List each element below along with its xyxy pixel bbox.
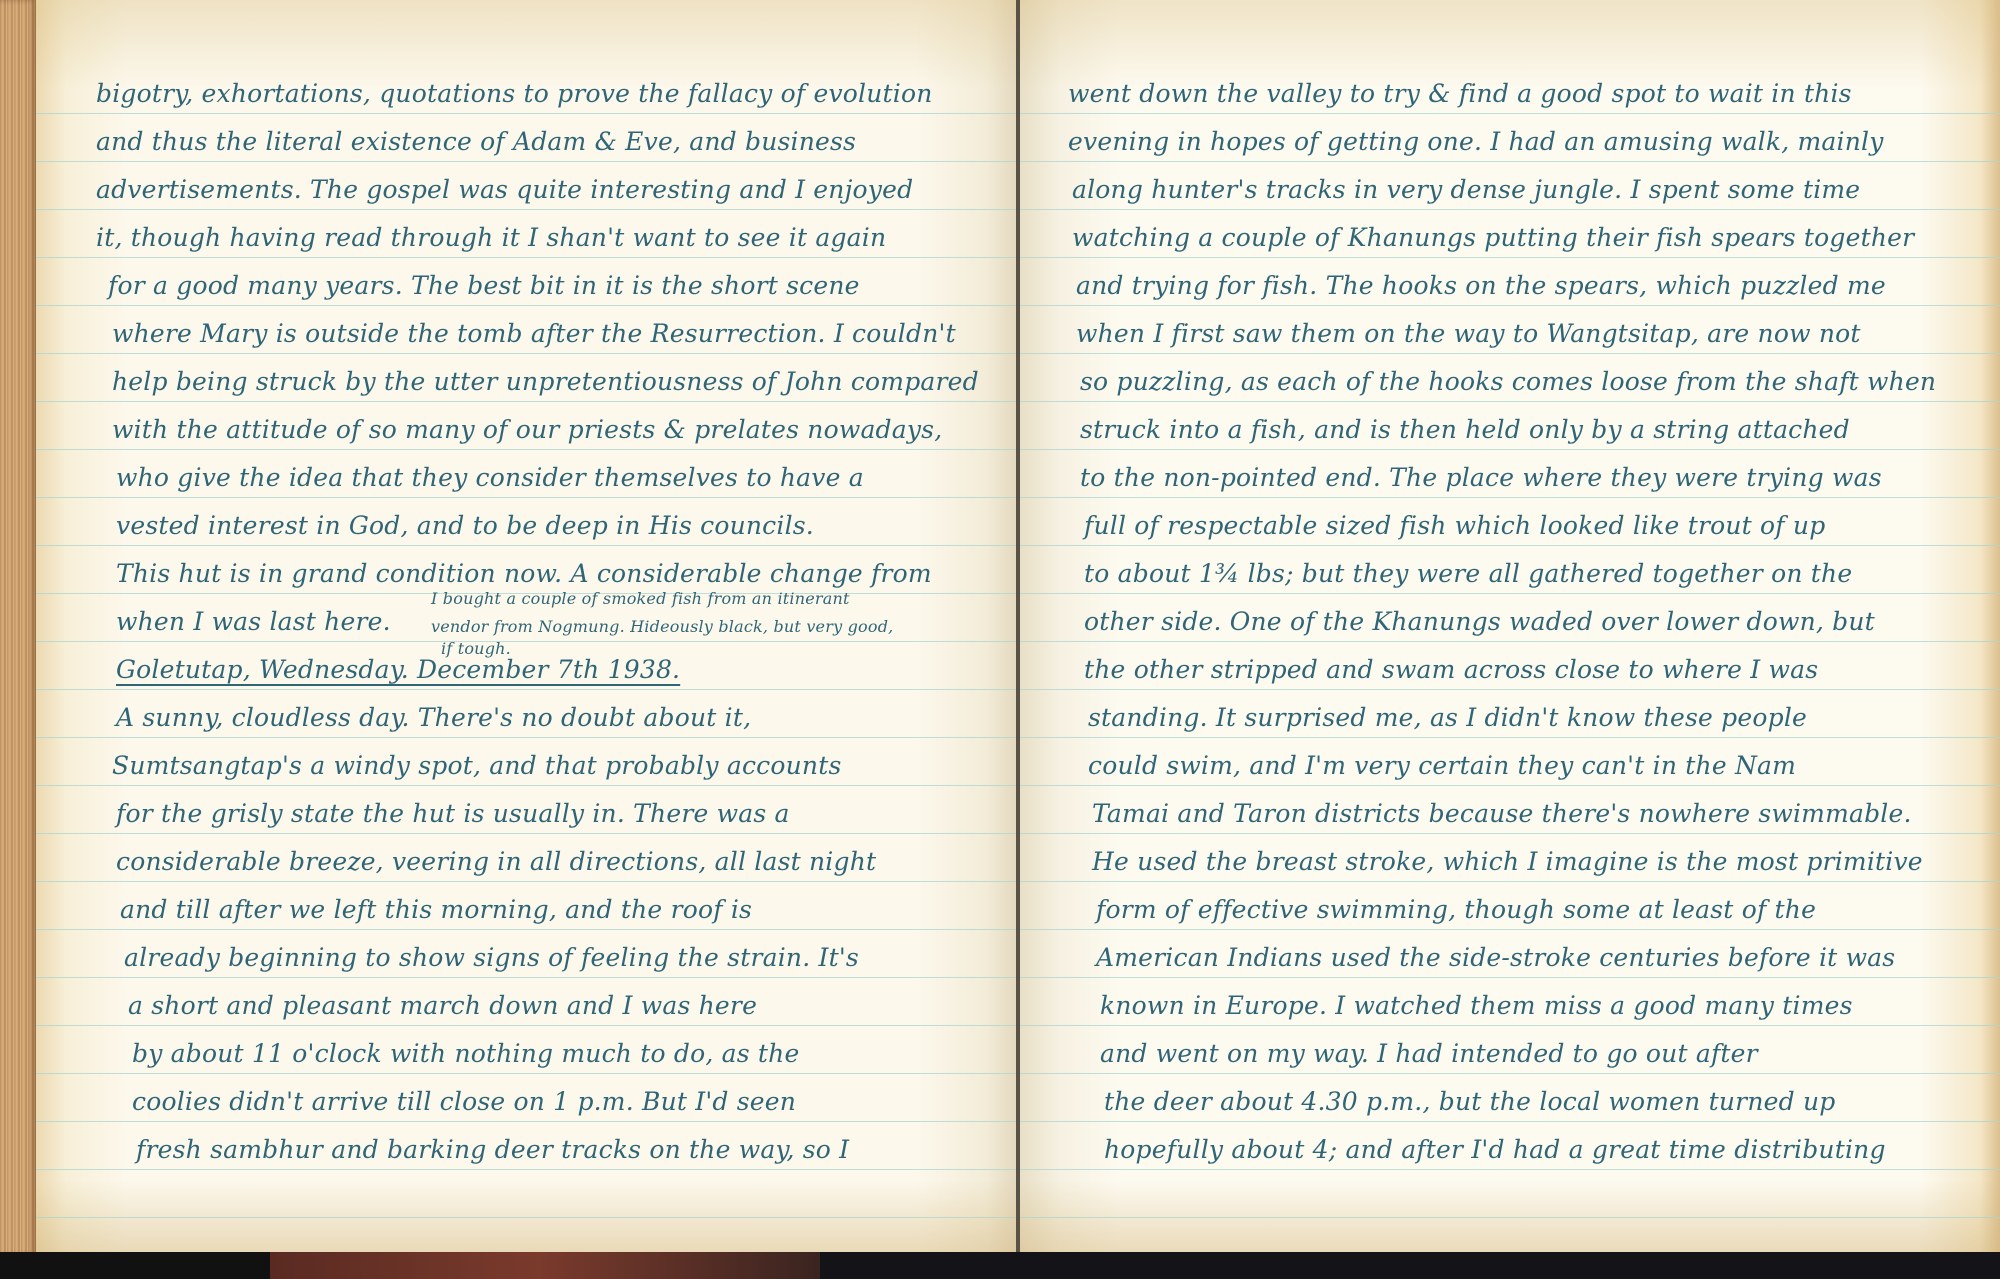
handwritten-line: known in Europe. I watched them miss a g… (1100, 991, 1853, 1020)
ruled-line (36, 1025, 1018, 1026)
left-page: bigotry, exhortations, quotations to pro… (36, 0, 1018, 1252)
right-page: went down the valley to try & find a goo… (1020, 0, 2000, 1252)
ruled-line (36, 545, 1018, 546)
ruled-line (1020, 785, 2000, 786)
ruled-line (36, 833, 1018, 834)
handwritten-line: help being struck by the utter unpretent… (112, 367, 979, 396)
ruled-line (36, 1073, 1018, 1074)
ruled-line (36, 929, 1018, 930)
ruled-line (36, 353, 1018, 354)
ruled-line (36, 449, 1018, 450)
handwritten-line: where Mary is outside the tomb after the… (112, 319, 956, 348)
handwritten-line: American Indians used the side-stroke ce… (1096, 943, 1895, 972)
ruled-line (36, 1217, 1018, 1218)
ruled-line (1020, 305, 2000, 306)
ruled-line (1020, 497, 2000, 498)
ruled-line (36, 113, 1018, 114)
handwritten-line: already beginning to show signs of feeli… (124, 943, 859, 972)
handwritten-line: to about 1¾ lbs; but they were all gathe… (1084, 559, 1852, 588)
ruled-line (1020, 929, 2000, 930)
notebook-spread: bigotry, exhortations, quotations to pro… (0, 0, 2000, 1250)
handwritten-line: struck into a fish, and is then held onl… (1080, 415, 1850, 444)
ruled-line (1020, 881, 2000, 882)
ruled-line (36, 785, 1018, 786)
handwritten-line: vested interest in God, and to be deep i… (116, 511, 814, 540)
handwritten-line: who give the idea that they consider the… (116, 463, 864, 492)
handwritten-line: went down the valley to try & find a goo… (1068, 79, 1852, 108)
handwritten-line: form of effective swimming, though some … (1096, 895, 1816, 924)
ruled-line (36, 401, 1018, 402)
ruled-line (36, 977, 1018, 978)
handwritten-line: other side. One of the Khanungs waded ov… (1084, 607, 1875, 636)
ruled-line (1020, 257, 2000, 258)
marginal-insertion: vendor from Nogmung. Hideously black, bu… (431, 617, 893, 636)
ruled-line (36, 1121, 1018, 1122)
ruled-line (36, 641, 1018, 642)
handwritten-line: it, though having read through it I shan… (96, 223, 886, 252)
marginal-insertion: I bought a couple of smoked fish from an… (431, 589, 850, 608)
ruled-line (36, 497, 1018, 498)
handwritten-line: He used the breast stroke, which I imagi… (1092, 847, 1923, 876)
handwritten-line: for the grisly state the hut is usually … (116, 799, 790, 828)
ruled-line (1020, 977, 2000, 978)
ruled-line (36, 305, 1018, 306)
ruled-line (36, 881, 1018, 882)
ruled-line (1020, 593, 2000, 594)
ruled-line (1020, 401, 2000, 402)
handwritten-line: with the attitude of so many of our prie… (112, 415, 942, 444)
ruled-line (1020, 737, 2000, 738)
handwritten-line: when I first saw them on the way to Wang… (1076, 319, 1861, 348)
ruled-line (1020, 353, 2000, 354)
table-surface (0, 1252, 2000, 1279)
handwritten-line: and trying for fish. The hooks on the sp… (1076, 271, 1886, 300)
handwritten-line: evening in hopes of getting one. I had a… (1068, 127, 1884, 156)
marginal-insertion: if tough. (441, 639, 511, 658)
handwritten-line: and went on my way. I had intended to go… (1100, 1039, 1758, 1068)
ruled-line (1020, 1169, 2000, 1170)
ruled-line (36, 1169, 1018, 1170)
ruled-line (1020, 113, 2000, 114)
handwritten-line: advertisements. The gospel was quite int… (96, 175, 913, 204)
ruled-line (1020, 1025, 2000, 1026)
ruled-line (36, 257, 1018, 258)
ruled-line (1020, 545, 2000, 546)
handwritten-line: the other stripped and swam across close… (1084, 655, 1818, 684)
handwritten-line: Tamai and Taron districts because there'… (1092, 799, 1912, 828)
ruled-line (1020, 161, 2000, 162)
handwritten-line: to the non-pointed end. The place where … (1080, 463, 1882, 492)
handwritten-line: and thus the literal existence of Adam &… (96, 127, 856, 156)
handwritten-line: coolies didn't arrive till close on 1 p.… (132, 1087, 796, 1116)
handwritten-line: This hut is in grand condition now. A co… (116, 559, 932, 588)
diary-entry-heading: Goletutap, Wednesday. December 7th 1938. (116, 655, 680, 684)
handwritten-line: for a good many years. The best bit in i… (108, 271, 860, 300)
handwritten-line: standing. It surprised me, as I didn't k… (1088, 703, 1807, 732)
handwritten-line: so puzzling, as each of the hooks comes … (1080, 367, 1936, 396)
handwritten-line: Sumtsangtap's a windy spot, and that pro… (112, 751, 842, 780)
ruled-line (1020, 1217, 2000, 1218)
handwritten-line: could swim, and I'm very certain they ca… (1088, 751, 1796, 780)
handwritten-line: bigotry, exhortations, quotations to pro… (96, 79, 933, 108)
handwritten-line: and till after we left this morning, and… (120, 895, 752, 924)
ruled-line (1020, 1073, 2000, 1074)
handwritten-line: hopefully about 4; and after I'd had a g… (1104, 1135, 1886, 1164)
page-edges (0, 0, 36, 1255)
ruled-line (1020, 449, 2000, 450)
handwritten-line: considerable breeze, veering in all dire… (116, 847, 876, 876)
ruled-line (1020, 689, 2000, 690)
ruled-line (36, 209, 1018, 210)
ruled-line (1020, 209, 2000, 210)
handwritten-line: by about 11 o'clock with nothing much to… (132, 1039, 799, 1068)
ruled-line (36, 161, 1018, 162)
handwritten-line: a short and pleasant march down and I wa… (128, 991, 757, 1020)
ruled-line (36, 689, 1018, 690)
handwritten-line: the deer about 4.30 p.m., but the local … (1104, 1087, 1835, 1116)
ruled-line (1020, 641, 2000, 642)
ruled-line (1020, 1121, 2000, 1122)
handwritten-line: fresh sambhur and barking deer tracks on… (136, 1135, 849, 1164)
handwritten-line: A sunny, cloudless day. There's no doubt… (116, 703, 751, 732)
ruled-line (1020, 833, 2000, 834)
handwritten-line: along hunter's tracks in very dense jung… (1072, 175, 1860, 204)
handwritten-line: watching a couple of Khanungs putting th… (1072, 223, 1914, 252)
handwritten-line: full of respectable sized fish which loo… (1084, 511, 1825, 540)
handwritten-line: when I was last here. (116, 607, 391, 636)
ruled-line (36, 737, 1018, 738)
